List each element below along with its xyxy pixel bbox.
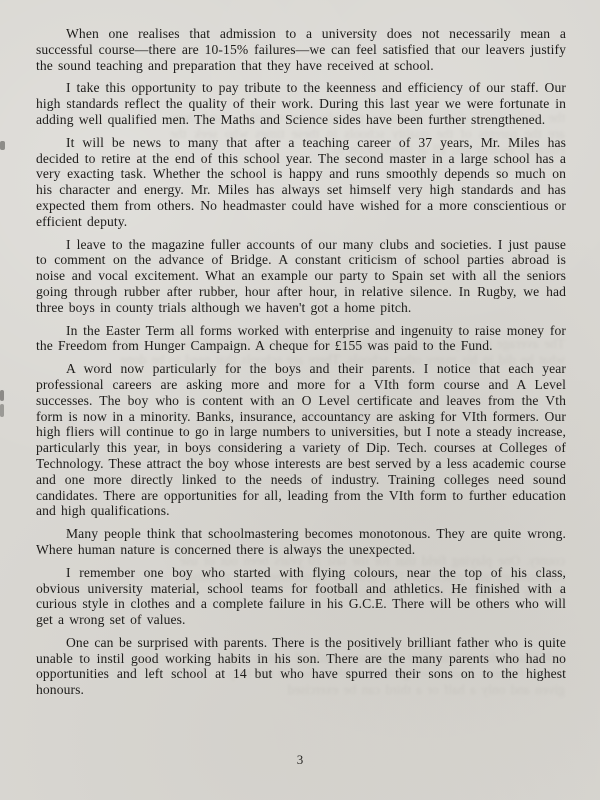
paragraph-boy-flying-colours: I remember one boy who started with flyi… (36, 565, 566, 628)
paragraph-surprised-with-parents: One can be surprised with parents. There… (36, 635, 566, 698)
paragraph-mr-miles-retirement: It will be news to many that after a tea… (36, 135, 566, 230)
scan-smudge (0, 141, 5, 150)
page-number: 3 (0, 752, 600, 768)
scanned-document-page: the professional classes attend so provi… (0, 0, 600, 800)
paragraph-staff-tribute: I take this opportunity to pay tribute t… (36, 80, 566, 127)
paragraph-clubs-and-bridge: I leave to the magazine fuller accounts … (36, 237, 566, 316)
paragraph-careers-advice: A word now particularly for the boys and… (36, 361, 566, 519)
paragraph-hunger-campaign: In the Easter Term all forms worked with… (36, 323, 566, 355)
scan-smudge (0, 404, 4, 417)
scan-smudge (0, 390, 4, 401)
paragraph-schoolmastering: Many people think that schoolmastering b… (36, 526, 566, 558)
paragraph-university-admission: When one realises that admission to a un… (36, 26, 566, 73)
document-body: When one realises that admission to a un… (36, 26, 566, 705)
